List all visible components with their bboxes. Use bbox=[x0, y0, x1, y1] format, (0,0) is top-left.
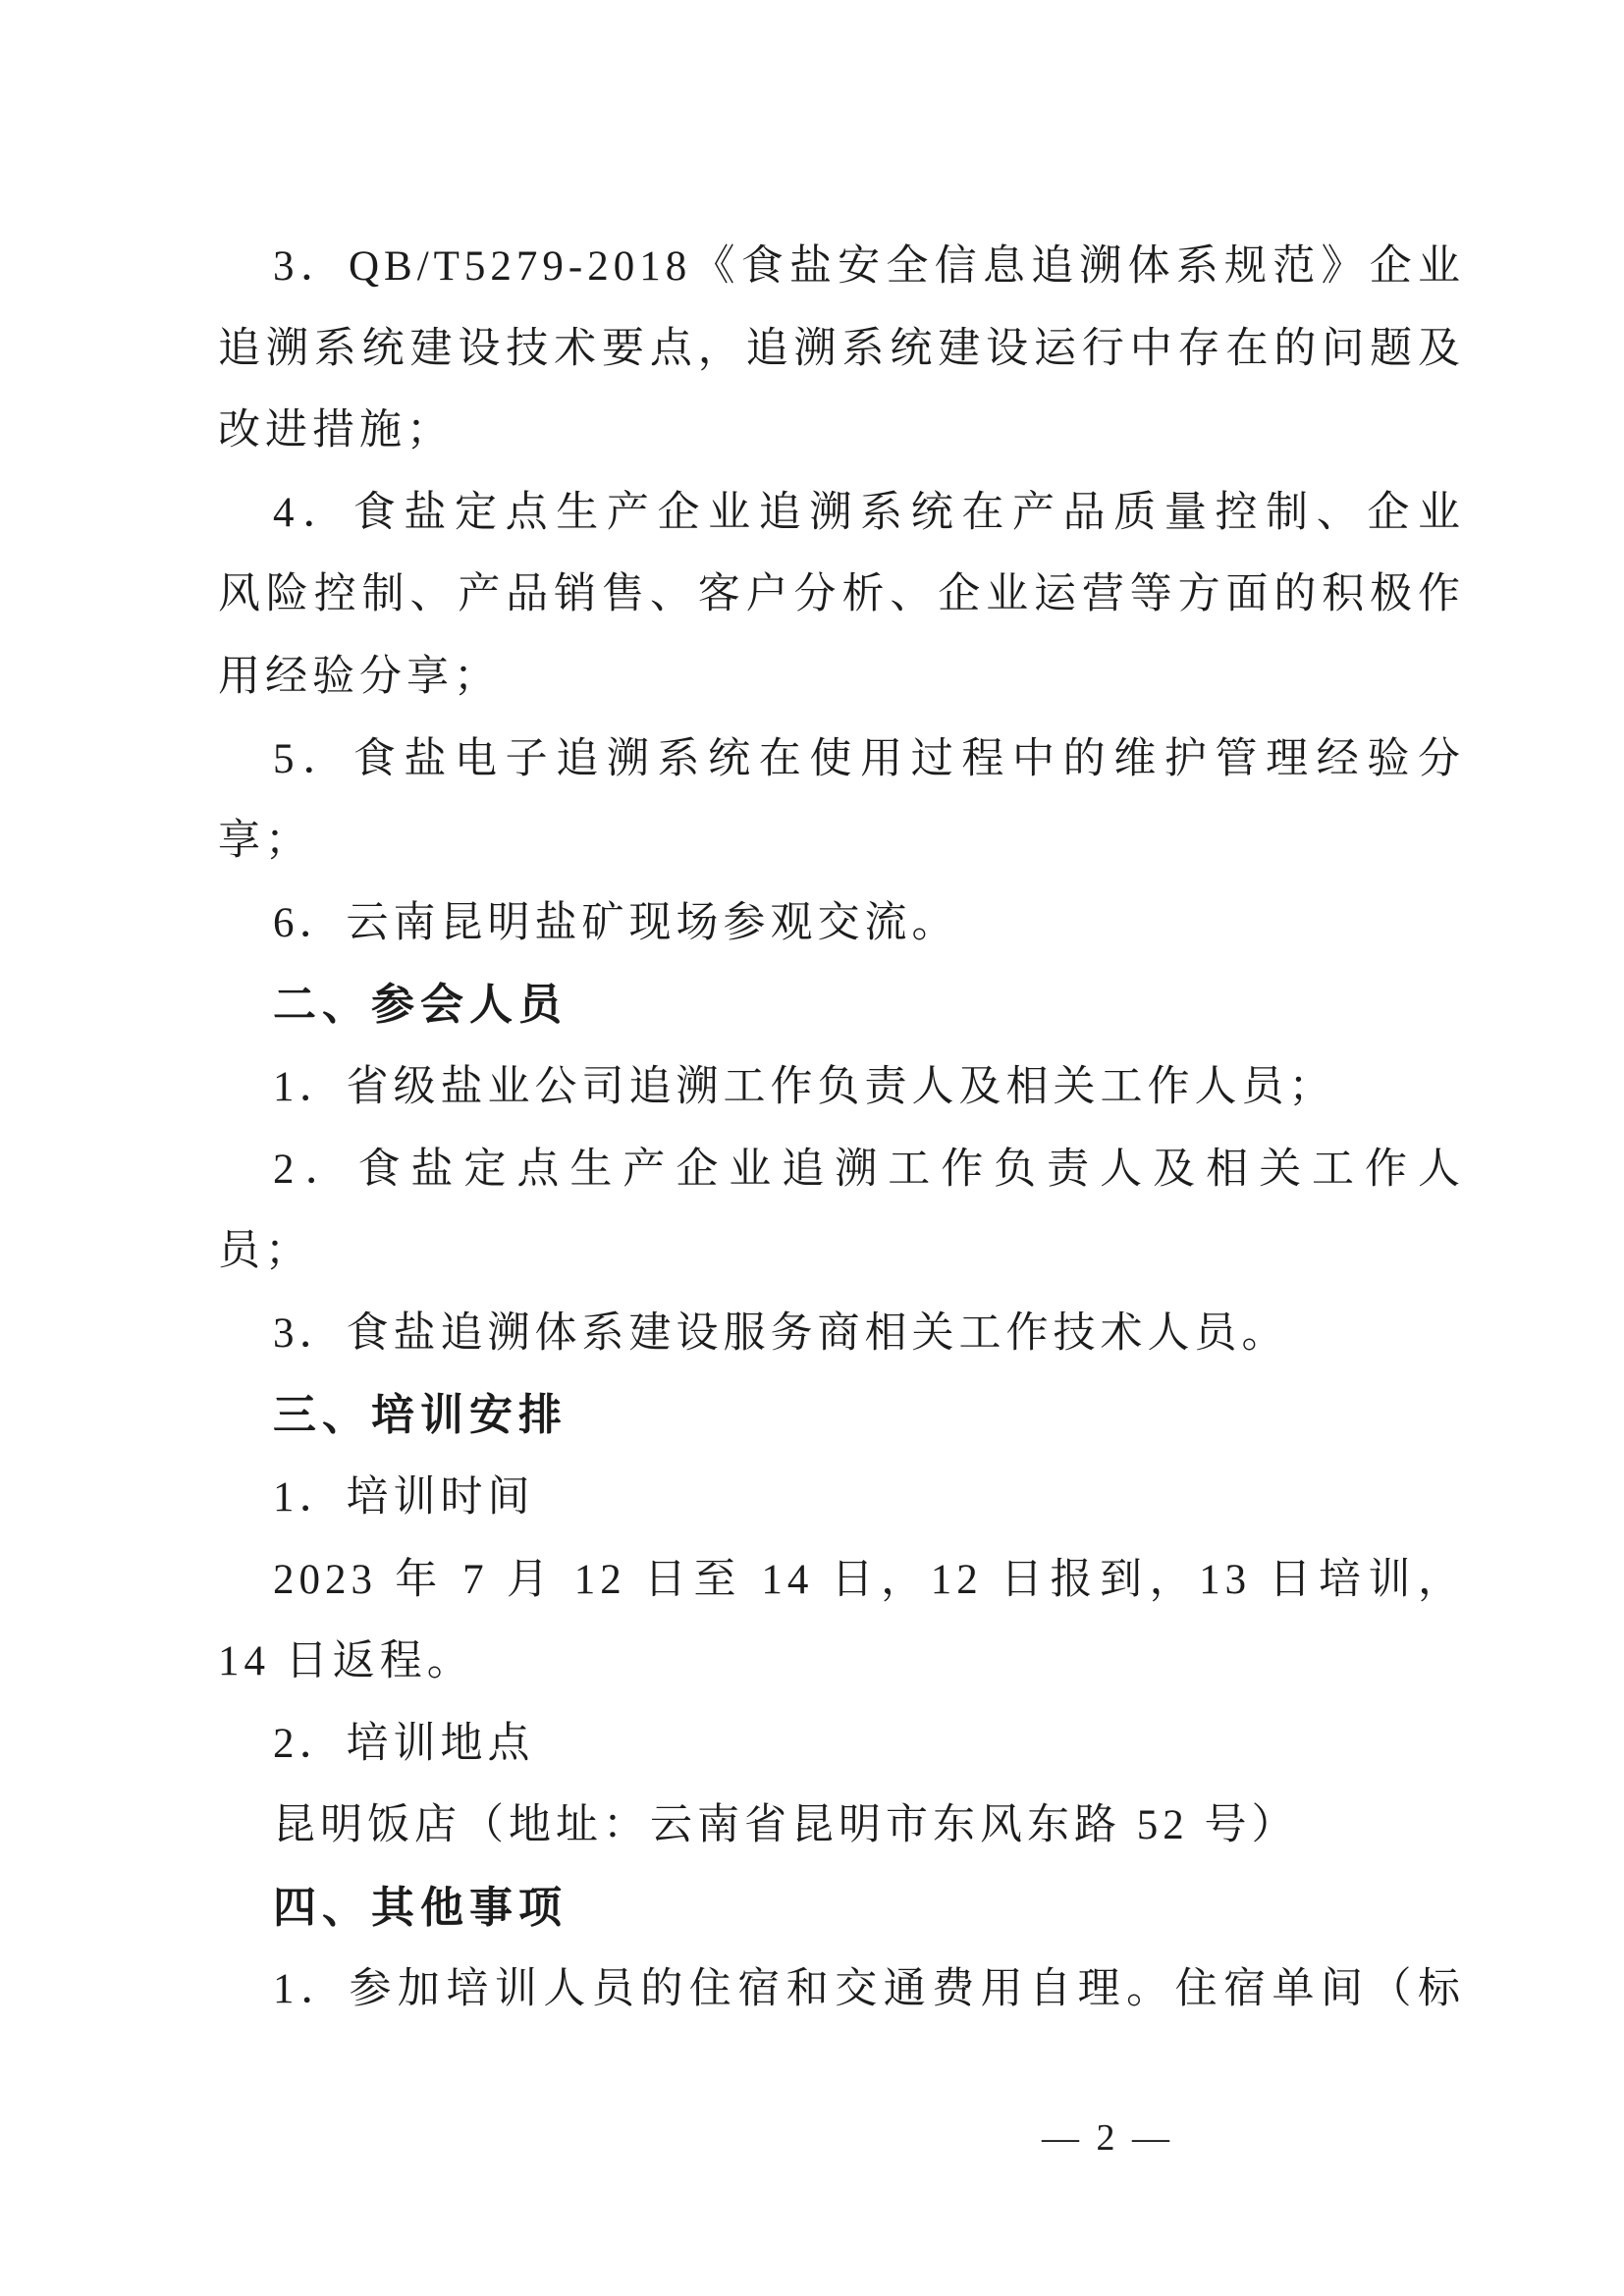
text-line: 6．云南昆明盐矿现场参观交流。 bbox=[218, 882, 1465, 965]
paragraph-participants-item-3: 3．食盐追溯体系建设服务商相关工作技术人员。 bbox=[218, 1293, 1465, 1375]
page-number: — 2 — bbox=[1000, 2109, 1216, 2167]
text-line: 2023 年 7 月 12 日至 14 日，12 日报到，13 日培训， bbox=[218, 1539, 1465, 1622]
text-line: 改进措施； bbox=[218, 390, 1465, 472]
paragraph-agenda-item-4: 4．食盐定点生产企业追溯系统在产品质量控制、企业 风险控制、产品销售、客户分析、… bbox=[218, 472, 1465, 719]
text-line: 员； bbox=[218, 1210, 1465, 1293]
text-line: 2．食盐定点生产企业追溯工作负责人及相关工作人 bbox=[218, 1129, 1465, 1211]
text-line: 3．食盐追溯体系建设服务商相关工作技术人员。 bbox=[218, 1293, 1465, 1375]
paragraph-training-location-detail: 昆明饭店（地址：云南省昆明市东风东路 52 号） bbox=[218, 1785, 1465, 1867]
paragraph-training-location-label: 2．培训地点 bbox=[218, 1703, 1465, 1786]
text-line: 1．省级盐业公司追溯工作负责人及相关工作人员； bbox=[218, 1046, 1465, 1129]
text-line: 5．食盐电子追溯系统在使用过程中的维护管理经验分 bbox=[218, 719, 1465, 801]
text-line: 昆明饭店（地址：云南省昆明市东风东路 52 号） bbox=[218, 1785, 1465, 1867]
paragraph-training-time-detail: 2023 年 7 月 12 日至 14 日，12 日报到，13 日培训， 14 … bbox=[218, 1539, 1465, 1703]
section-heading-other-matters: 四、其他事项 bbox=[218, 1867, 1465, 1949]
section-heading: 二、参会人员 bbox=[218, 964, 1465, 1046]
text-line: 4．食盐定点生产企业追溯系统在产品质量控制、企业 bbox=[218, 472, 1465, 555]
paragraph-participants-item-1: 1．省级盐业公司追溯工作负责人及相关工作人员； bbox=[218, 1046, 1465, 1129]
text-line: 用经验分享； bbox=[218, 636, 1465, 719]
text-line: 3．QB/T5279-2018《食盐安全信息追溯体系规范》企业 bbox=[218, 226, 1465, 308]
paragraph-agenda-item-3: 3．QB/T5279-2018《食盐安全信息追溯体系规范》企业 追溯系统建设技术… bbox=[218, 226, 1465, 472]
paragraph-other-matters-item-1: 1．参加培训人员的住宿和交通费用自理。住宿单间（标 bbox=[218, 1949, 1465, 2031]
text-line: 追溯系统建设技术要点，追溯系统建设运行中存在的问题及 bbox=[218, 308, 1465, 391]
text-line: 风险控制、产品销售、客户分析、企业运营等方面的积极作 bbox=[218, 554, 1465, 636]
paragraph-agenda-item-5: 5．食盐电子追溯系统在使用过程中的维护管理经验分 享； bbox=[218, 719, 1465, 882]
section-heading-participants: 二、参会人员 bbox=[218, 964, 1465, 1046]
section-heading-training-arrangement: 三、培训安排 bbox=[218, 1374, 1465, 1457]
text-line: 2．培训地点 bbox=[218, 1703, 1465, 1786]
paragraph-training-time-label: 1．培训时间 bbox=[218, 1457, 1465, 1539]
section-heading: 三、培训安排 bbox=[218, 1374, 1465, 1457]
paragraph-participants-item-2: 2．食盐定点生产企业追溯工作负责人及相关工作人 员； bbox=[218, 1129, 1465, 1293]
document-page: { "colors": { "background": "#ffffff", "… bbox=[0, 0, 1624, 2296]
document-body: 3．QB/T5279-2018《食盐安全信息追溯体系规范》企业 追溯系统建设技术… bbox=[218, 226, 1465, 2031]
paragraph-agenda-item-6: 6．云南昆明盐矿现场参观交流。 bbox=[218, 882, 1465, 965]
section-heading: 四、其他事项 bbox=[218, 1867, 1465, 1949]
text-line: 14 日返程。 bbox=[218, 1621, 1465, 1703]
text-line: 1．培训时间 bbox=[218, 1457, 1465, 1539]
text-line: 1．参加培训人员的住宿和交通费用自理。住宿单间（标 bbox=[218, 1949, 1465, 2031]
text-line: 享； bbox=[218, 800, 1465, 882]
